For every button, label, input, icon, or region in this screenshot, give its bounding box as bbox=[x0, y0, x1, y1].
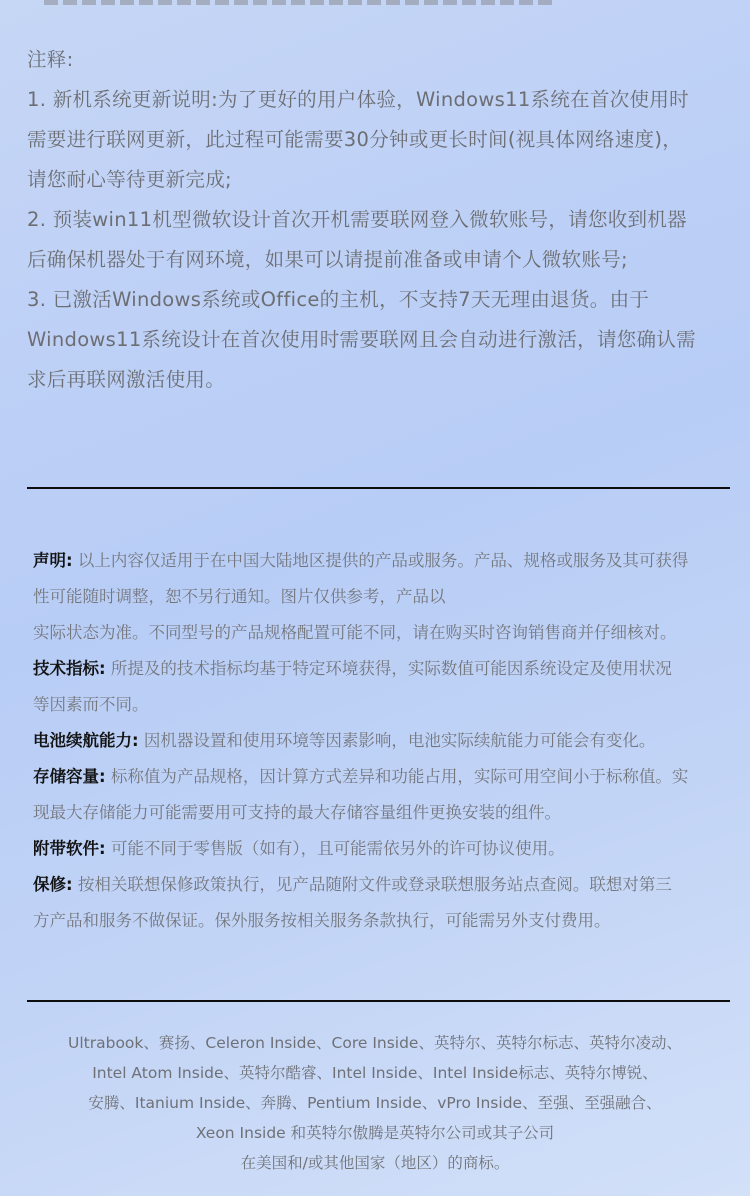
notes-heading: 注释: bbox=[27, 40, 727, 80]
statement-paragraph: 声明: 以上内容仅适用于在中国大陆地区提供的产品或服务。产品、规格或服务及其可获… bbox=[33, 543, 733, 579]
trademark-line: 安腾、Itanium Inside、奔腾、Pentium Inside、vPro… bbox=[0, 1088, 750, 1118]
battery-label: 电池续航能力: bbox=[33, 731, 139, 750]
statement-text-line: 实际状态为准。不同型号的产品规格配置可能不同，请在购买时咨询销售商并仔细核对。 bbox=[33, 615, 733, 651]
tech-specs-paragraph: 技术指标: 所提及的技术指标均基于特定环境获得，实际数值可能因系统设定及使用状况 bbox=[33, 651, 733, 687]
tech-specs-text: 所提及的技术指标均基于特定环境获得，实际数值可能因系统设定及使用状况 bbox=[106, 659, 672, 678]
storage-text-line: 现最大存储能力可能需要用可支持的最大存储容量组件更换安装的组件。 bbox=[33, 795, 733, 831]
section-divider bbox=[27, 487, 730, 489]
cutoff-text-line bbox=[44, 0, 556, 5]
notes-line: 2. 预装win11机型微软设计首次开机需要联网登入微软账号，请您收到机器 bbox=[27, 200, 727, 240]
storage-text: 标称值为产品规格，因计算方式差异和功能占用，实际可用空间小于标称值。实 bbox=[106, 767, 689, 786]
statement-text: 以上内容仅适用于在中国大陆地区提供的产品或服务。产品、规格或服务及其可获得 bbox=[73, 551, 689, 570]
trademark-line: Xeon Inside 和英特尔傲腾是英特尔公司或其子公司 bbox=[0, 1118, 750, 1148]
notes-line: 1. 新机系统更新说明:为了更好的用户体验，Windows11系统在首次使用时 bbox=[27, 80, 727, 120]
notes-line: 3. 已激活Windows系统或Office的主机，不支持7天无理由退货。由于 bbox=[27, 280, 727, 320]
tech-specs-label: 技术指标: bbox=[33, 659, 106, 678]
warranty-text: 按相关联想保修政策执行，见产品随附文件或登录联想服务站点查阅。联想对第三 bbox=[73, 875, 672, 894]
statement-text-line: 性可能随时调整，恕不另行通知。图片仅供参考，产品以 bbox=[33, 579, 733, 615]
battery-text: 因机器设置和使用环境等因素影响，电池实际续航能力可能会有变化。 bbox=[139, 731, 656, 750]
software-label: 附带软件: bbox=[33, 839, 106, 858]
trademark-footer: Ultrabook、赛扬、Celeron Inside、Core Inside、… bbox=[0, 1028, 750, 1178]
section-divider bbox=[27, 1000, 730, 1002]
notes-line: Windows11系统设计在首次使用时需要联网且会自动进行激活，请您确认需 bbox=[27, 320, 727, 360]
storage-label: 存储容量: bbox=[33, 767, 106, 786]
disclaimer-section: 声明: 以上内容仅适用于在中国大陆地区提供的产品或服务。产品、规格或服务及其可获… bbox=[33, 543, 733, 939]
trademark-line: Intel Atom Inside、英特尔酷睿、Intel Inside、Int… bbox=[0, 1058, 750, 1088]
tech-specs-text-line: 等因素而不同。 bbox=[33, 687, 733, 723]
warranty-text-line: 方产品和服务不做保证。保外服务按相关服务条款执行，可能需另外支付费用。 bbox=[33, 903, 733, 939]
notes-line: 请您耐心等待更新完成; bbox=[27, 160, 727, 200]
trademark-line: Ultrabook、赛扬、Celeron Inside、Core Inside、… bbox=[0, 1028, 750, 1058]
notes-line: 求后再联网激活使用。 bbox=[27, 360, 727, 400]
storage-paragraph: 存储容量: 标称值为产品规格，因计算方式差异和功能占用，实际可用空间小于标称值。… bbox=[33, 759, 733, 795]
software-text: 可能不同于零售版（如有），且可能需依另外的许可协议使用。 bbox=[106, 839, 565, 858]
warranty-label: 保修: bbox=[33, 875, 73, 894]
notes-section: 注释: 1. 新机系统更新说明:为了更好的用户体验，Windows11系统在首次… bbox=[27, 40, 727, 400]
notes-line: 需要进行联网更新，此过程可能需要30分钟或更长时间(视具体网络速度)， bbox=[27, 120, 727, 160]
software-paragraph: 附带软件: 可能不同于零售版（如有），且可能需依另外的许可协议使用。 bbox=[33, 831, 733, 867]
battery-paragraph: 电池续航能力: 因机器设置和使用环境等因素影响，电池实际续航能力可能会有变化。 bbox=[33, 723, 733, 759]
notes-line: 后确保机器处于有网环境，如果可以请提前准备或申请个人微软账号; bbox=[27, 240, 727, 280]
warranty-paragraph: 保修: 按相关联想保修政策执行，见产品随附文件或登录联想服务站点查阅。联想对第三 bbox=[33, 867, 733, 903]
statement-label: 声明: bbox=[33, 551, 73, 570]
trademark-line: 在美国和/或其他国家（地区）的商标。 bbox=[0, 1148, 750, 1178]
